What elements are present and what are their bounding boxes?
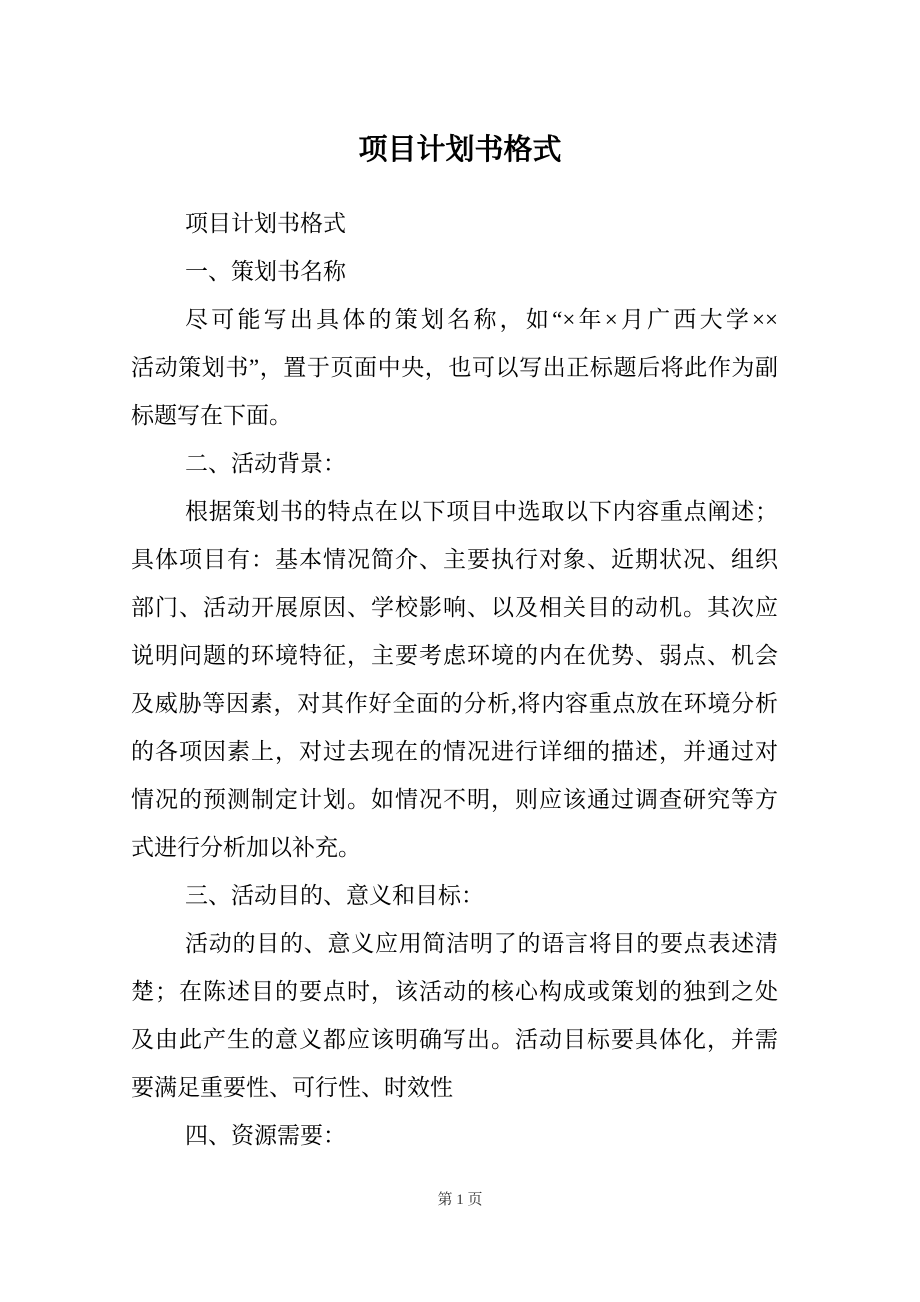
text-line: 楚；在陈述目的要点时，该活动的核心构成或策划的独到之处 bbox=[131, 968, 778, 1016]
text-line: 活动策划书”，置于页面中央，也可以写出正标题后将此作为副 bbox=[131, 344, 778, 392]
page-number-footer: 第 1 页 bbox=[0, 1188, 920, 1212]
text-line: 式进行分析加以补充。 bbox=[131, 824, 778, 872]
document-body: 项目计划书格式一、策划书名称尽可能写出具体的策划名称，如“×年×月广西大学××活… bbox=[131, 200, 778, 1160]
text-line: 情况的预测制定计划。如情况不明，则应该通过调查研究等方 bbox=[131, 776, 778, 824]
heading-line: 二、活动背景： bbox=[131, 440, 778, 488]
text-line: 标题写在下面。 bbox=[131, 392, 778, 440]
text-line: 部门、活动开展原因、学校影响、以及相关目的动机。其次应 bbox=[131, 584, 778, 632]
text-line: 要满足重要性、可行性、时效性 bbox=[131, 1064, 778, 1112]
heading-line: 一、策划书名称 bbox=[131, 248, 778, 296]
heading-line: 四、资源需要： bbox=[131, 1112, 778, 1160]
text-line: 具体项目有：基本情况简介、主要执行对象、近期状况、组织 bbox=[131, 536, 778, 584]
text-line: 根据策划书的特点在以下项目中选取以下内容重点阐述； bbox=[131, 488, 778, 536]
text-line: 尽可能写出具体的策划名称，如“×年×月广西大学×× bbox=[131, 296, 778, 344]
text-line: 的各项因素上，对过去现在的情况进行详细的描述，并通过对 bbox=[131, 728, 778, 776]
document-title: 项目计划书格式 bbox=[0, 0, 920, 169]
heading-line: 三、活动目的、意义和目标： bbox=[131, 872, 778, 920]
text-line: 及威胁等因素，对其作好全面的分析,将内容重点放在环境分析 bbox=[131, 680, 778, 728]
text-line: 活动的目的、意义应用简洁明了的语言将目的要点表述清 bbox=[131, 920, 778, 968]
document-page: 项目计划书格式 项目计划书格式一、策划书名称尽可能写出具体的策划名称，如“×年×… bbox=[0, 0, 920, 1302]
text-line: 说明问题的环境特征，主要考虑环境的内在优势、弱点、机会 bbox=[131, 632, 778, 680]
text-line: 及由此产生的意义都应该明确写出。活动目标要具体化，并需 bbox=[131, 1016, 778, 1064]
text-line: 项目计划书格式 bbox=[131, 200, 778, 248]
